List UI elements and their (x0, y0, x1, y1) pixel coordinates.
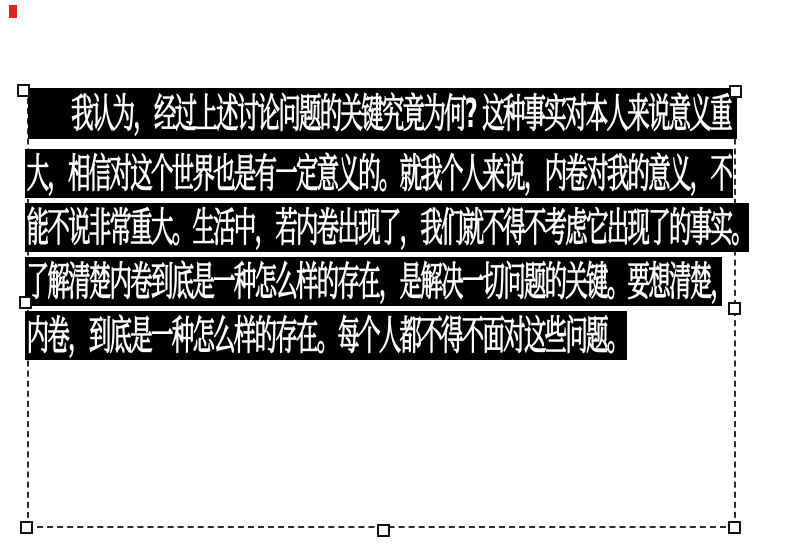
red-marker (9, 5, 17, 18)
resize-handle-middle-right[interactable] (728, 302, 741, 315)
editor-canvas: 我认为，经过上述讨论问题的关键究竟为何? 这种事实对本人来说意义重 大，相信对这… (0, 0, 800, 559)
resize-handle-middle-left[interactable] (19, 296, 32, 309)
text-line-content: 内卷，到底是一种怎么样的存在。每个人都不得不面对这些问题。 (25, 316, 628, 356)
text-line[interactable]: 大，相信对这个世界也是有一定意义的。就我个人来说，内卷对我的意义，不 (25, 149, 733, 198)
text-line-content: 大，相信对这个世界也是有一定意义的。就我个人来说，内卷对我的意义，不 (25, 154, 731, 194)
text-line-content: 了解清楚内卷到底是一种怎么样的存在，是解决一切问题的关键。要想清楚， (25, 262, 731, 302)
text-line[interactable]: 了解清楚内卷到底是一种怎么样的存在，是解决一切问题的关键。要想清楚， (25, 257, 722, 306)
text-line-content: 我认为，经过上述讨论问题的关键究竟为何? 这种事实对本人来说意义重 (28, 94, 731, 134)
text-line[interactable]: 我认为，经过上述讨论问题的关键究竟为何? 这种事实对本人来说意义重 (28, 88, 737, 139)
text-line[interactable]: 内卷，到底是一种怎么样的存在。每个人都不得不面对这些问题。 (25, 311, 627, 360)
resize-handle-top-left[interactable] (17, 84, 30, 97)
text-line-content: 能不说非常重大。生活中，若内卷出现了，我们就不得不考虑它出现了的事实。 (25, 208, 752, 248)
resize-handle-bottom-middle[interactable] (377, 524, 390, 537)
text-line[interactable]: 能不说非常重大。生活中，若内卷出现了，我们就不得不考虑它出现了的事实。 (25, 203, 749, 252)
resize-handle-top-right[interactable] (729, 85, 742, 98)
resize-handle-bottom-right[interactable] (728, 521, 741, 534)
resize-handle-bottom-left[interactable] (20, 521, 33, 534)
